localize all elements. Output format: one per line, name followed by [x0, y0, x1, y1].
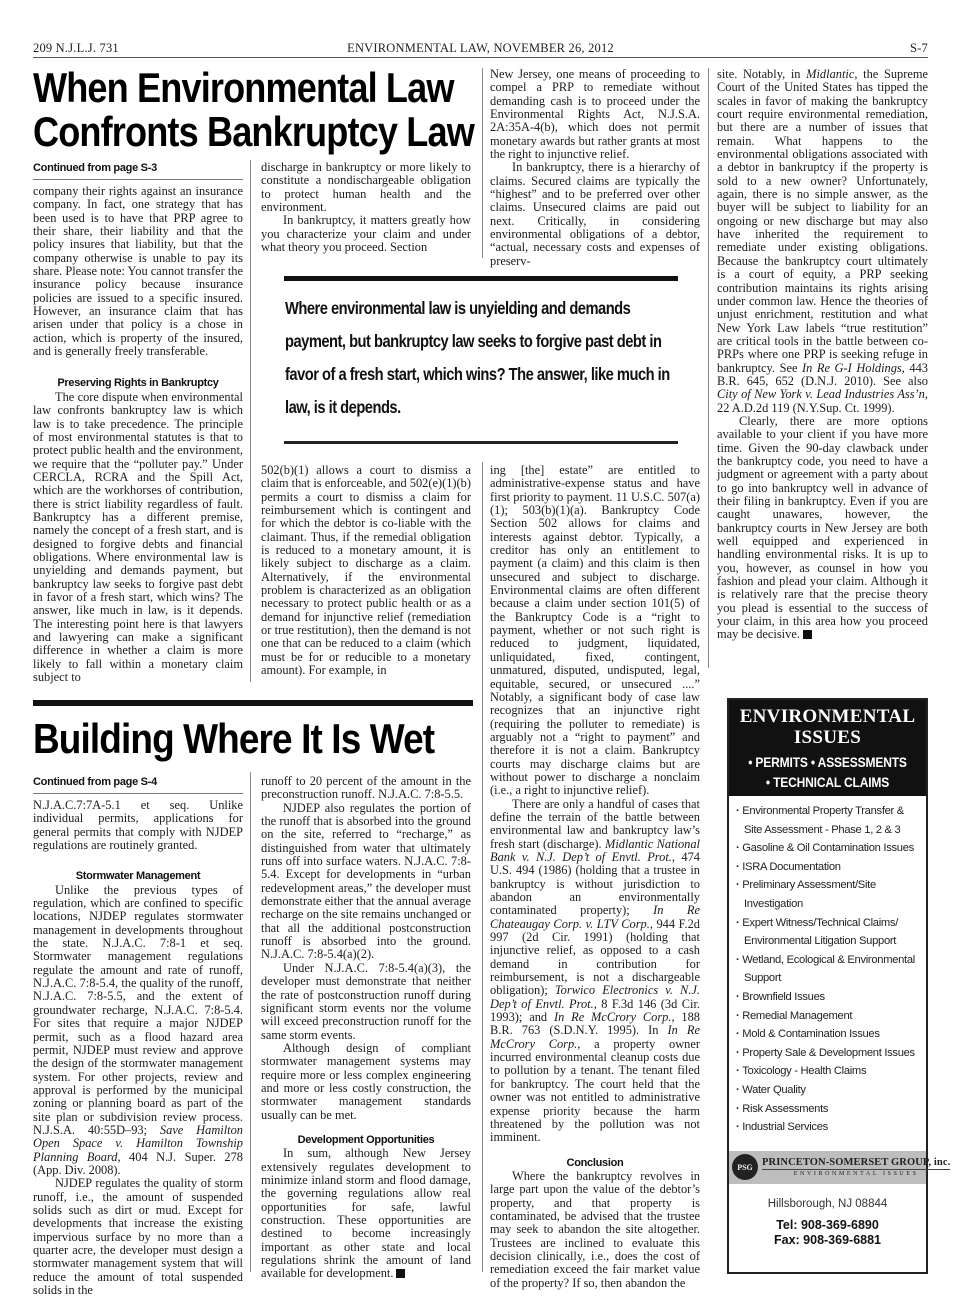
service-item: Wetland, Ecological & Environmental Supp…	[736, 951, 920, 988]
section-date: ENVIRONMENTAL LAW, NOVEMBER 26, 2012	[33, 41, 928, 56]
fax-number: Fax: 908-369-6881	[729, 1233, 926, 1248]
subheading-stormwater: Stormwater Management	[33, 870, 243, 883]
paragraph: Unlike the previous types of regulation,…	[33, 884, 243, 1178]
subheading-preserving-rights: Preserving Rights in Bankruptcy	[33, 377, 243, 390]
text: , a property owner incurred environmenta…	[490, 1037, 700, 1144]
article-separator-rule	[33, 700, 473, 706]
column-divider	[708, 68, 709, 668]
company-name: PRINCETON-SOMERSET GROUP, inc.	[762, 1157, 950, 1169]
article1-column-2-bottom: 502(b)(1) allows a court to dismiss a cl…	[261, 464, 471, 678]
company-tagline: ENVIRONMENTAL ISSUES	[762, 1169, 950, 1178]
logo-text: PRINCETON-SOMERSET GROUP, inc. ENVIRONME…	[762, 1157, 950, 1178]
column-divider	[482, 462, 483, 1272]
article2-column-2: runoff to 20 percent of the amount in th…	[261, 775, 471, 1281]
running-head: 209 N.J.L.J. 731 ENVIRONMENTAL LAW, NOVE…	[33, 41, 928, 58]
service-item: Industrial Services	[736, 1118, 920, 1137]
service-item: Environmental Property Transfer & Site A…	[736, 802, 920, 839]
ad-header: ENVIRONMENTAL ISSUES • PERMITS • ASSESSM…	[729, 700, 926, 796]
paragraph: Where the bankruptcy revolves in large p…	[490, 1170, 700, 1290]
pullquote-top-rule	[284, 276, 678, 281]
paragraph: In bankruptcy, there is a hierarchy of c…	[490, 161, 700, 268]
paragraph: In sum, although New Jersey extensively …	[261, 1147, 471, 1280]
paragraph: site. Notably, in Midlantic, the Supreme…	[717, 68, 928, 415]
pullquote-bottom-rule	[284, 441, 678, 444]
paragraph: Clearly, there are more options availabl…	[717, 415, 928, 642]
text: Clearly, there are more options availabl…	[717, 414, 928, 642]
service-item: Toxicology - Health Claims	[736, 1062, 920, 1081]
article2-column-1: N.J.A.C.7:7A-5.1 et seq. Unlike individu…	[33, 799, 243, 1297]
service-item: Brownfield Issues	[736, 988, 920, 1007]
article1-column-3-bottom: ing [the] estate” are entitled to admini…	[490, 464, 700, 1290]
case-citations-paragraph: There are only a handful of cases that d…	[490, 798, 700, 1145]
column-divider	[250, 160, 251, 682]
text: , the Supreme Court of the United States…	[717, 67, 928, 375]
continued-from-label: Continued from page S-3	[33, 162, 243, 180]
company-logo-banner: PSG PRINCETON-SOMERSET GROUP, inc. ENVIR…	[729, 1151, 926, 1184]
continued-from-label: Continued from page S-4	[33, 776, 243, 794]
ad-subtitle-line-2: • TECHNICAL CLAIMS	[745, 772, 911, 792]
case-name: City of New York v. Lead Industries Ass’…	[717, 387, 925, 401]
paragraph: The core dispute when environmental law …	[33, 391, 243, 685]
service-item: Property Sale & Development Issues	[736, 1044, 920, 1063]
service-item: Remedial Management	[736, 1007, 920, 1026]
phone-number: Tel: 908-369-6890	[729, 1218, 926, 1233]
company-address: Hillsborough, NJ 08844	[729, 1198, 926, 1210]
case-name: Midlantic	[806, 67, 854, 81]
paragraph: In bankruptcy, it matters greatly how yo…	[261, 214, 471, 254]
pull-quote: Where environmental law is unyielding an…	[285, 292, 680, 424]
paragraph: Under N.J.A.C. 7:8-5.4(a)(3), the develo…	[261, 962, 471, 1042]
ad-title-line-1: ENVIRONMENTAL	[731, 706, 924, 727]
article-headline-building-wet: Building Where It Is Wet	[33, 716, 434, 762]
contact-block: Hillsborough, NJ 08844 Tel: 908-369-6890…	[729, 1184, 926, 1248]
company-logo-icon: PSG	[732, 1154, 758, 1180]
services-list: Environmental Property Transfer & Site A…	[729, 796, 926, 1141]
column-divider	[482, 68, 483, 258]
service-item: Expert Witness/Technical Claims/ Environ…	[736, 914, 920, 951]
paragraph: NJDEP regulates the quality of storm run…	[33, 1177, 243, 1297]
ad-title-line-2: ISSUES	[731, 727, 924, 748]
paragraph: discharge in bankruptcy or more likely t…	[261, 161, 471, 214]
paragraph: Although design of compliant stormwater …	[261, 1042, 471, 1122]
article-headline-bankruptcy: When Environmental Law Confronts Bankrup…	[33, 66, 474, 154]
text: site. Notably, in	[717, 67, 806, 81]
text: Unlike the previous types of regulation,…	[33, 883, 243, 1137]
service-item: Mold & Contamination Issues	[736, 1025, 920, 1044]
service-item: ISRA Documentation	[736, 858, 920, 877]
service-item: Preliminary Assessment/Site Investigatio…	[736, 876, 920, 913]
paragraph: N.J.A.C.7:7A-5.1 et seq. Unlike individu…	[33, 799, 243, 852]
headline-line-1: When Environmental Law	[33, 66, 474, 110]
article1-column-3-top: New Jersey, one means of proceeding to c…	[490, 68, 700, 268]
paragraph: New Jersey, one means of proceeding to c…	[490, 68, 700, 161]
paragraph: company their rights against an insuranc…	[33, 185, 243, 358]
paragraph: NJDEP also regulates the portion of the …	[261, 802, 471, 962]
case-name: In Re McCrory Corp.	[554, 1010, 672, 1024]
case-name: In Re G-I Holdings	[802, 361, 902, 375]
service-item: Gasoline & Oil Contamination Issues	[736, 839, 920, 858]
subheading-development: Development Opportunities	[261, 1134, 471, 1147]
advertisement-princeton-somerset[interactable]: ENVIRONMENTAL ISSUES • PERMITS • ASSESSM…	[727, 698, 928, 1274]
service-item: Risk Assessments	[736, 1100, 920, 1119]
subheading-conclusion: Conclusion	[490, 1157, 700, 1170]
paragraph: 502(b)(1) allows a court to dismiss a cl…	[261, 464, 471, 678]
article1-column-2-top: discharge in bankruptcy or more likely t…	[261, 161, 471, 254]
ad-subtitle-line-1: • PERMITS • ASSESSMENTS	[745, 752, 911, 772]
paragraph: ing [the] estate” are entitled to admini…	[490, 464, 700, 798]
article1-column-4: site. Notably, in Midlantic, the Supreme…	[717, 68, 928, 642]
article1-column-1: company their rights against an insuranc…	[33, 185, 243, 684]
page-number: S-7	[910, 41, 928, 56]
end-of-article-mark	[803, 630, 812, 639]
text: In sum, although New Jersey extensively …	[261, 1146, 471, 1280]
headline-line-2: Confronts Bankruptcy Law	[33, 110, 474, 154]
column-divider	[250, 772, 251, 1272]
end-of-article-mark	[396, 1269, 405, 1278]
paragraph: runoff to 20 percent of the amount in th…	[261, 775, 471, 802]
service-item: Water Quality	[736, 1081, 920, 1100]
